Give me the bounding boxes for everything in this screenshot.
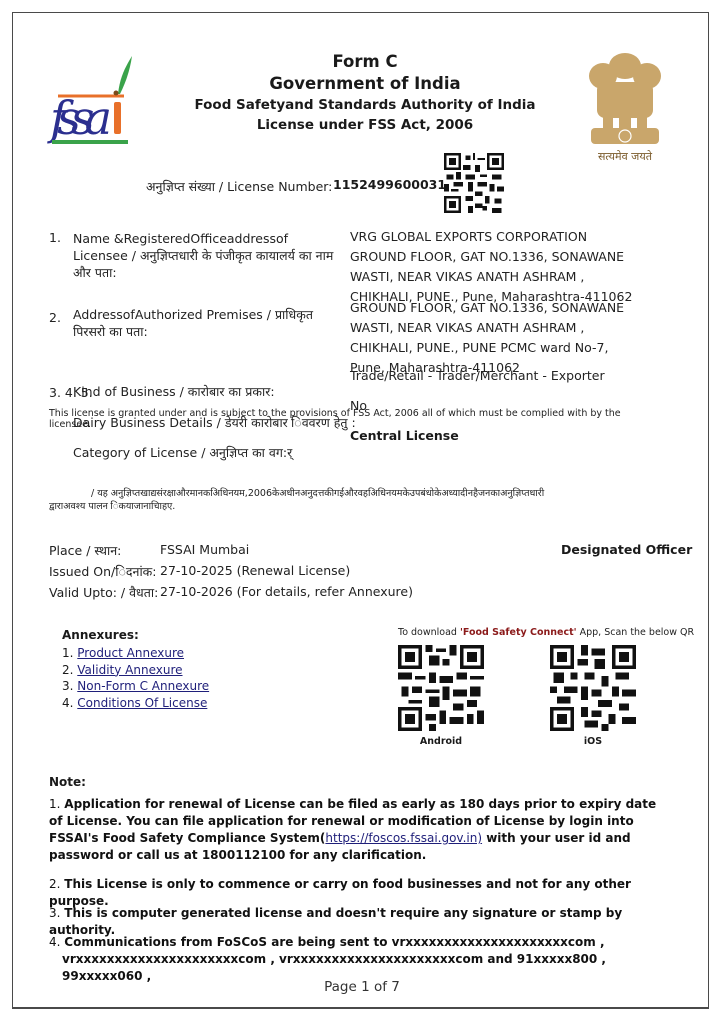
item-1-number: 1. <box>49 230 61 245</box>
dairy-business-label: Dairy Business Details / डेयरी कारोबार ि… <box>73 414 356 431</box>
valid-upto-label: Valid Upto: / वैधता: <box>49 584 158 601</box>
annexure-item: 4. Conditions Of License <box>62 695 209 712</box>
national-emblem: सत्यमेव जयते <box>575 46 675 164</box>
form-title: Form C <box>180 52 550 71</box>
designated-officer: Designated Officer <box>561 542 692 557</box>
annexure-item: 2. Validity Annexure <box>62 662 209 679</box>
annexures-list: 1. Product Annexure 2. Validity Annexure… <box>62 645 209 711</box>
category-of-license-label: Category of License / अनुज्ञिप्त का वग:र… <box>73 444 292 461</box>
product-annexure-link[interactable]: Product Annexure <box>77 646 184 660</box>
category-of-license-value: Central License <box>350 428 459 443</box>
license-qr-code <box>444 153 504 213</box>
kind-of-business-value: Trade/Retail - Trader/Merchant - Exporte… <box>350 366 605 386</box>
note-1: 1. Application for renewal of License ca… <box>49 796 669 864</box>
issued-on-value: 27-10-2025 (Renewal License) <box>160 563 350 578</box>
android-label: Android <box>398 736 484 747</box>
issued-on-label: Issued On/िदनांक: <box>49 563 157 580</box>
annexure-item: 3. Non-Form C Annexure <box>62 678 209 695</box>
note-4: 4. Communications from FoSCoS are being … <box>49 934 669 985</box>
government-title: Government of India <box>180 74 550 93</box>
item-1-label: Name &RegisteredOfficeaddressof Licensee… <box>73 230 333 281</box>
foscos-link[interactable]: https://foscos.fssai.gov.in) <box>325 831 482 845</box>
non-form-c-annexure-link[interactable]: Non-Form C Annexure <box>77 679 209 693</box>
valid-upto-value: 27-10-2026 (For details, refer Annexure) <box>160 584 413 599</box>
app-name: 'Food Safety Connect' <box>460 627 577 638</box>
place-label: Place / स्थान: <box>49 542 121 559</box>
app-download-text: To download 'Food Safety Connect' App, S… <box>398 627 694 638</box>
item-2-label: AddressofAuthorized Premises / प्राधिकृत… <box>73 306 313 340</box>
note-title: Note: <box>49 775 86 789</box>
annexure-item: 1. Product Annexure <box>62 645 209 662</box>
svg-text:सत्यमेव जयते: सत्यमेव जयते <box>598 150 653 163</box>
kind-of-business-label: Kind of Business / कारोबार का प्रकार: <box>73 383 275 400</box>
licensee-name-address: VRG GLOBAL EXPORTS CORPORATION GROUND FL… <box>350 227 632 307</box>
android-app-qr-code[interactable] <box>398 645 484 731</box>
ios-label: iOS <box>550 736 636 747</box>
validity-annexure-link[interactable]: Validity Annexure <box>77 663 182 677</box>
license-number-label: अनुज्ञिप्त संख्या / License Number: <box>146 178 332 195</box>
act-title: License under FSS Act, 2006 <box>180 117 550 133</box>
place-value: FSSAI Mumbai <box>160 542 249 557</box>
license-number-value: 11524996000317 <box>333 177 455 192</box>
item-2-number: 2. <box>49 310 61 325</box>
provision-text-hindi: / यह अनुज्ञिप्तखाद्यसंरक्षाऔरमानकअिधिनयम… <box>49 487 544 513</box>
annexures-title: Annexures: <box>62 628 139 642</box>
fssai-logo: fssa <box>46 46 136 146</box>
conditions-of-license-link[interactable]: Conditions Of License <box>77 696 207 710</box>
page-number: Page 1 of 7 <box>0 979 724 995</box>
authority-title: Food Safetyand Standards Authority of In… <box>180 97 550 113</box>
svg-text:fssa: fssa <box>47 91 112 145</box>
ios-app-qr-code[interactable] <box>550 645 636 731</box>
